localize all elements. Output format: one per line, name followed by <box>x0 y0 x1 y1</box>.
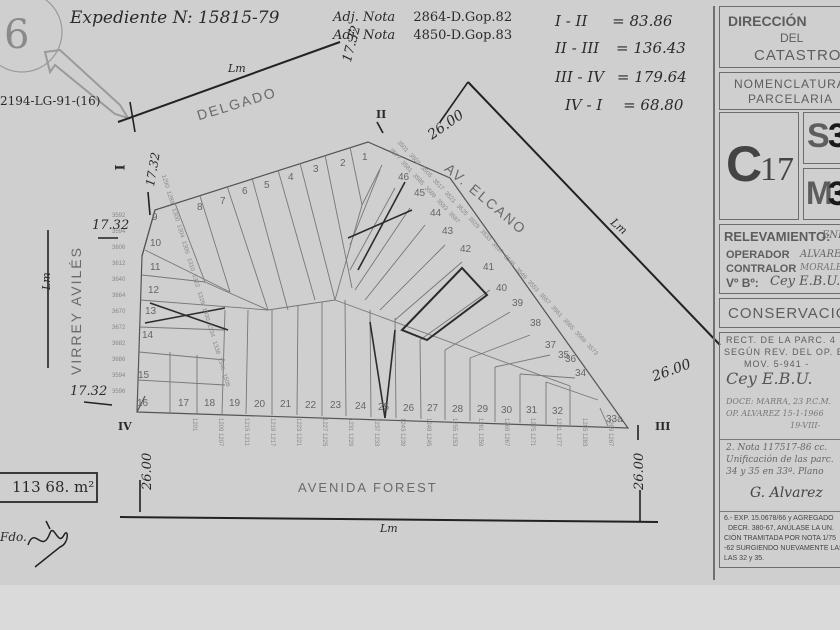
dim-left-bottom-chamfer: 17.32 <box>70 384 107 399</box>
dim-bottom-right: 26.00 <box>632 453 647 490</box>
adj-note-value: 2864-D.Gop.82 <box>413 10 512 25</box>
adj-note-1: Adj. Nota 2864-D.Gop.82 <box>333 10 512 25</box>
door-numbers-forest: 1289128712851283128112771275127112691267… <box>173 418 613 458</box>
side-length-row: II - III = 136.43 <box>555 39 686 57</box>
total-area-box: 113 68. m² <box>0 472 98 503</box>
line-mark: Lm <box>228 62 246 75</box>
relevamiento-box: RELEVAMIENTO: ENE OPERADOR ALVAREZ CONTR… <box>719 224 840 294</box>
side-length-row: I - II = 83.86 <box>555 12 672 30</box>
expediente-number: Expediente N: 15815-79 <box>70 8 279 28</box>
manzana-box: M 3 <box>803 168 840 220</box>
conservacion-header: CONSERVACIÓN <box>719 298 840 328</box>
vertex-label: II <box>376 108 386 121</box>
adj-note-value: 4850-D.Gop.83 <box>413 28 512 43</box>
line-mark: Lm <box>40 272 53 290</box>
street-label-forest: AVENIDA FOREST <box>298 480 438 495</box>
door-numbers-aviles: 3592359436063612364036643670367236823686… <box>112 208 140 400</box>
adj-note-label: Adj. Nota <box>333 28 395 43</box>
dim-bottom-left: 26.00 <box>140 453 155 490</box>
catastro-header: DIRECCIÓN DEL CATASTRO <box>719 6 840 68</box>
side-length-row: III - IV = 179.64 <box>555 68 687 86</box>
vertex-label: III <box>655 420 670 433</box>
total-area-value: 113 68. m² <box>12 478 94 496</box>
circunscripcion-box: C 17 <box>719 112 799 220</box>
seccion-box: S 3 <box>803 112 840 164</box>
line-mark: Lm <box>380 522 398 535</box>
adj-note-label: Adj. Nota <box>333 10 395 25</box>
street-label-virrey-aviles: VIRREY AVILÉS <box>68 246 84 375</box>
vertex-label: IV <box>118 420 132 433</box>
conservacion-notes: RECT. DE LA PARC. 4 SEGÚN REV. DEL OP. B… <box>719 332 840 568</box>
title-block: DIRECCIÓN DEL CATASTRO NOMENCLATURA PARC… <box>713 6 840 580</box>
signature-icon <box>20 515 80 575</box>
vertex-label: I <box>114 164 129 170</box>
nomenclature-header: NOMENCLATURA PARCELARIA <box>719 72 840 110</box>
sheet-number: 6 <box>4 12 29 58</box>
reference-code: 2194-LG-91-(16) <box>0 94 100 108</box>
side-length-row: IV - I = 68.80 <box>565 96 683 114</box>
